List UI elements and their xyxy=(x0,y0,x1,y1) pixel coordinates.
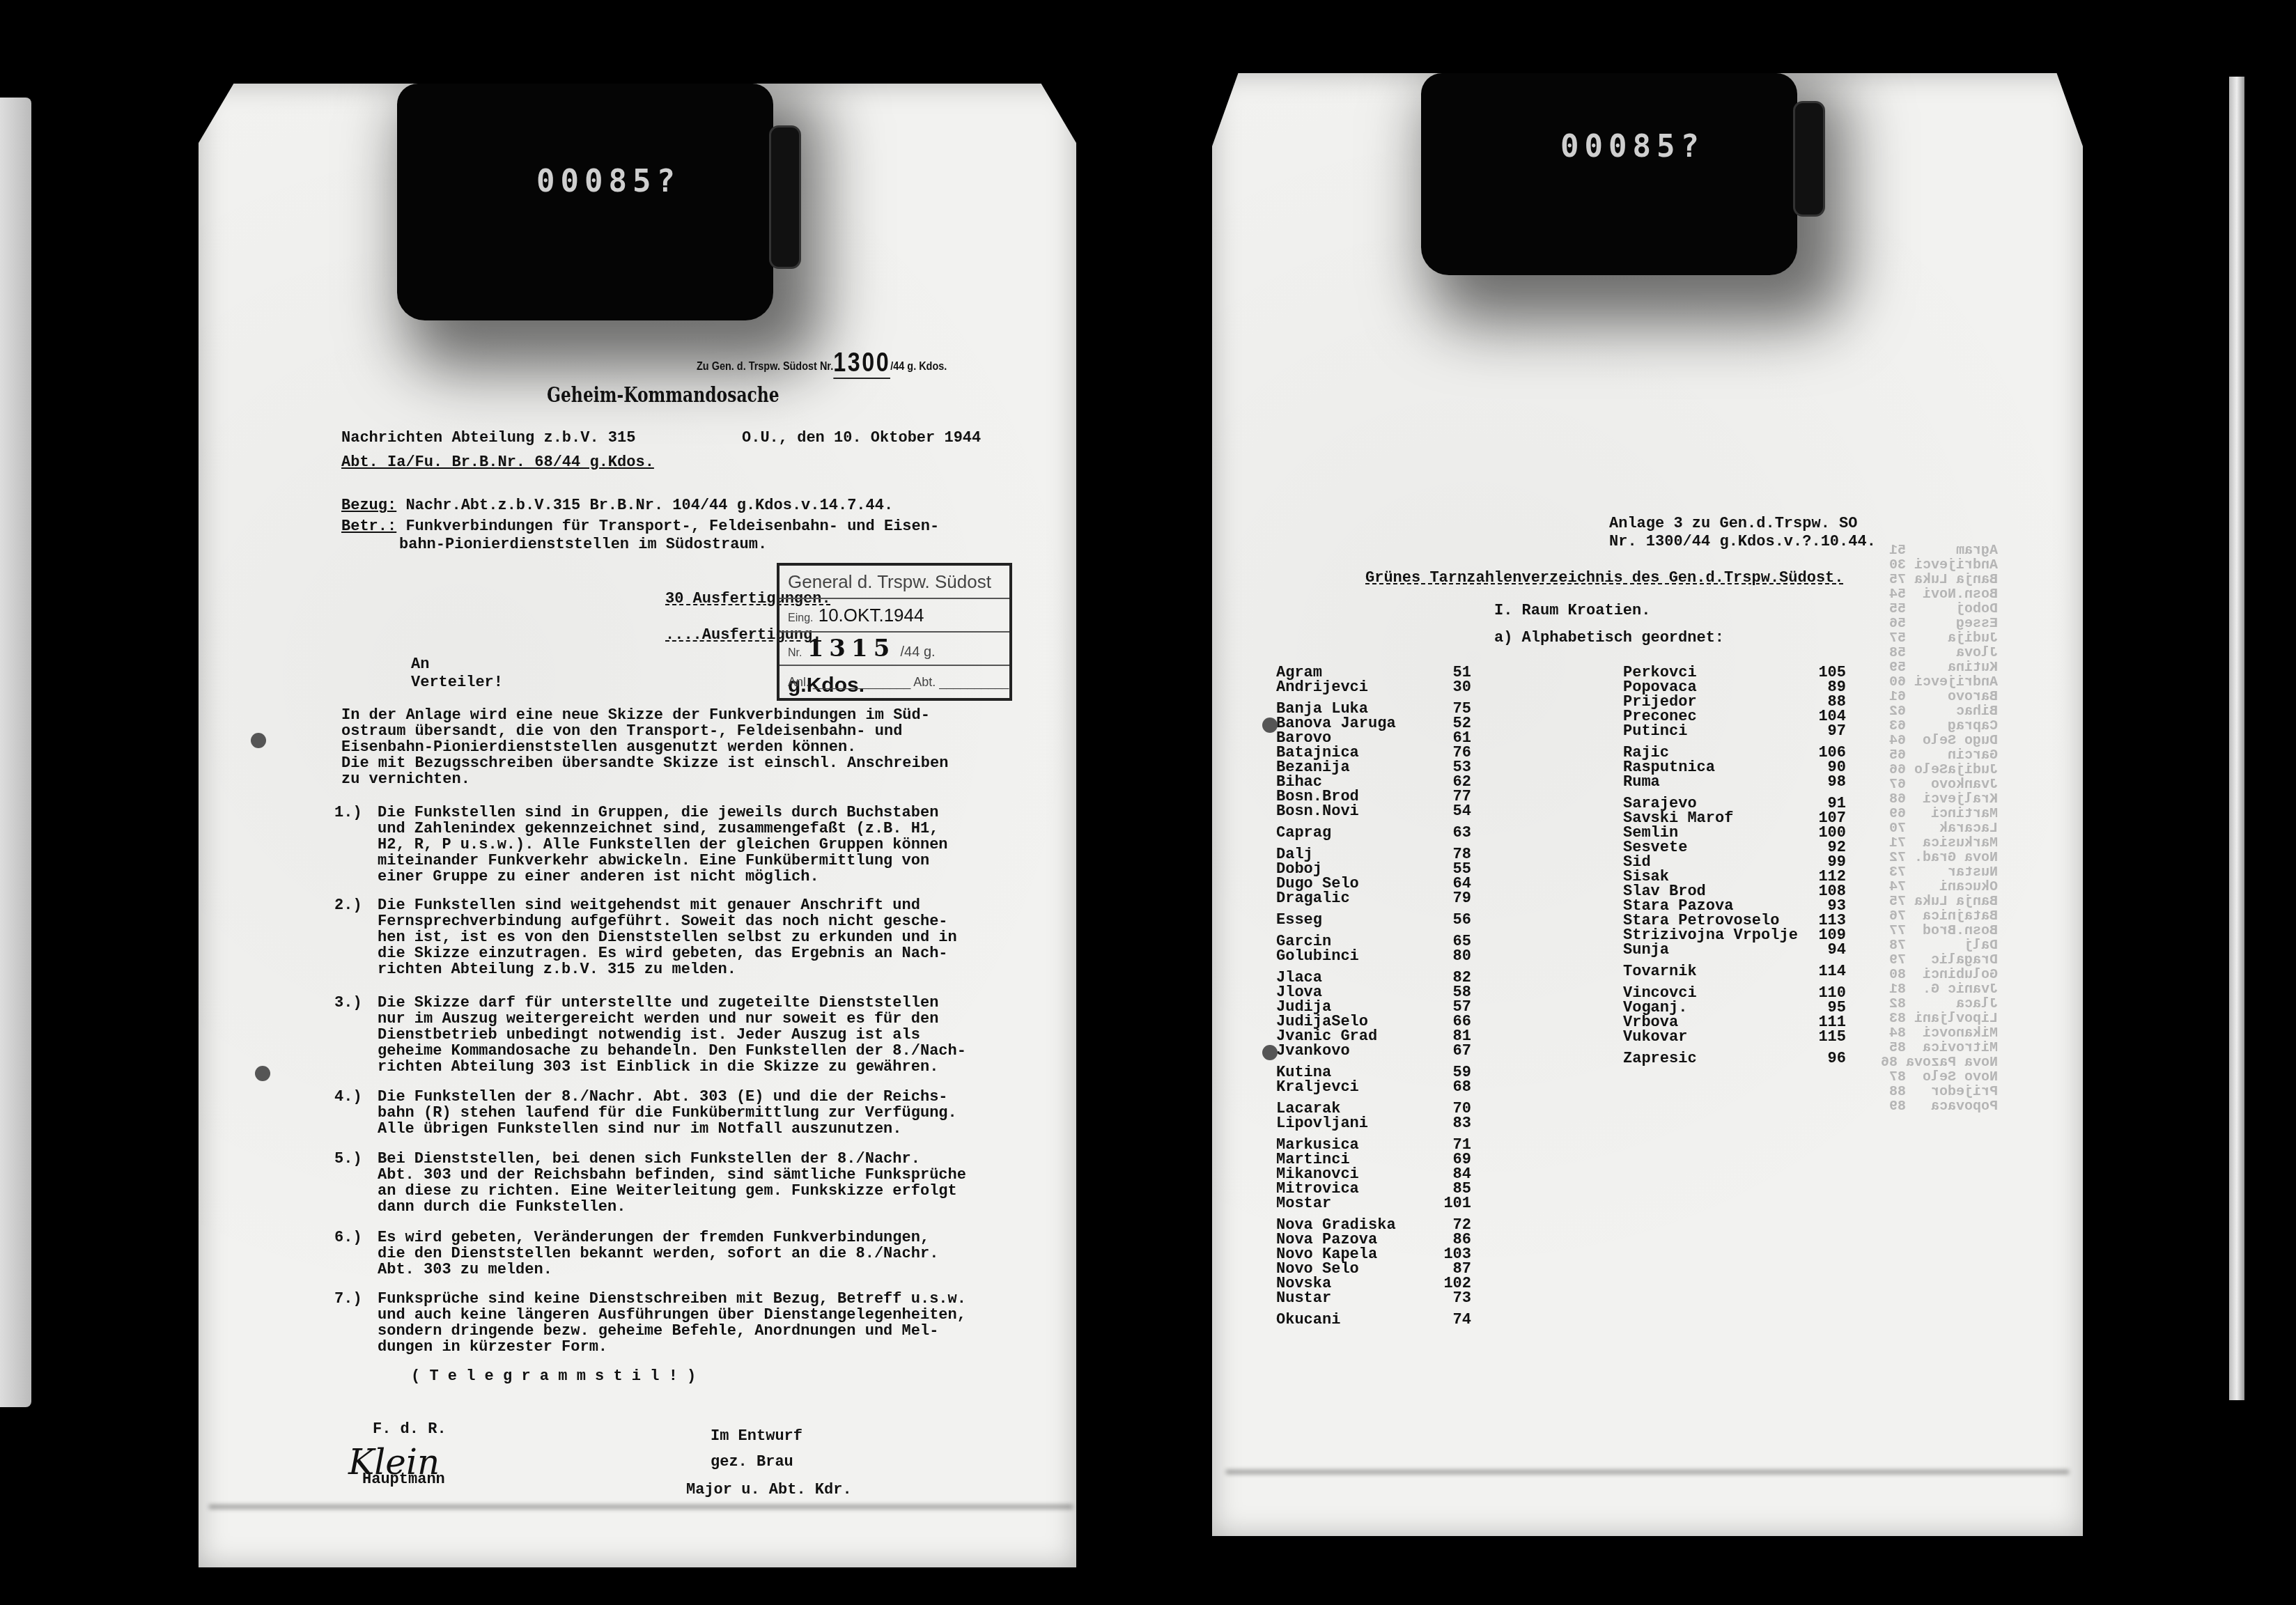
station-row: Vukovar115 xyxy=(1623,1030,1846,1044)
station-name: Prijedor xyxy=(1623,695,1804,709)
station-name: Vrbova xyxy=(1623,1015,1804,1030)
frame-counter: 00085? xyxy=(1560,129,1705,164)
station-row: Bihac62 xyxy=(1276,775,1471,789)
punch-hole-icon xyxy=(1262,718,1278,733)
station-name: Banja Luka xyxy=(1276,701,1429,716)
station-name: Stara Petrovoselo xyxy=(1623,913,1804,928)
station-row: Barovo61 xyxy=(1276,731,1471,745)
station-code: 87 xyxy=(1429,1262,1471,1276)
betr-text-1: Funkverbindungen für Transport-, Feldeis… xyxy=(405,518,939,535)
station-code: 53 xyxy=(1429,760,1471,775)
station-name: Novo Kapela xyxy=(1276,1247,1429,1262)
addressee-verteiler: Verteiler! xyxy=(411,673,503,692)
station-code: 75 xyxy=(1429,701,1471,716)
station-name: Nustar xyxy=(1276,1291,1429,1305)
sender-line-1: Nachrichten Abteilung z.b.V. 315 xyxy=(341,428,635,447)
station-code: 52 xyxy=(1429,716,1471,731)
station-code: 64 xyxy=(1429,876,1471,891)
station-code: 102 xyxy=(1429,1276,1471,1291)
station-name: Okucani xyxy=(1276,1312,1429,1327)
station-name: Barovo xyxy=(1276,731,1429,745)
addressee-an: An xyxy=(411,655,429,674)
annex-line-1: Anlage 3 zu Gen.d.Trspw. SO xyxy=(1609,514,1857,533)
bezug-row: Bezug: Nachr.Abt.z.b.V.315 Br.B.Nr. 104/… xyxy=(341,496,893,515)
stamp-received: Eing. 10.OKT.1944 xyxy=(779,599,1009,633)
station-code: 93 xyxy=(1804,899,1846,913)
station-row: Judija57 xyxy=(1276,1000,1471,1014)
station-name: Markusica xyxy=(1276,1138,1429,1152)
receipt-stamp: General d. Trspw. Südost Eing. 10.OKT.19… xyxy=(777,563,1012,701)
station-name: Novska xyxy=(1276,1276,1429,1291)
station-row: Banova Jaruga52 xyxy=(1276,716,1471,731)
betr-label: Betr.: xyxy=(341,518,396,535)
station-row: Nova Gradiska72 xyxy=(1276,1218,1471,1232)
station-name: Kraljevci xyxy=(1276,1080,1429,1094)
station-code: 83 xyxy=(1429,1116,1471,1131)
station-code: 91 xyxy=(1804,796,1846,811)
station-row: Prijedor88 xyxy=(1623,695,1846,709)
station-row: Stara Pazova93 xyxy=(1623,899,1846,913)
station-row: Tovarnik114 xyxy=(1623,964,1846,979)
station-row: Jvankovo67 xyxy=(1276,1044,1471,1058)
station-code: 69 xyxy=(1429,1152,1471,1167)
station-code: 55 xyxy=(1429,862,1471,876)
station-name: Batajnica xyxy=(1276,745,1429,760)
station-code: 80 xyxy=(1429,949,1471,963)
station-row: Banja Luka75 xyxy=(1276,701,1471,716)
station-code: 90 xyxy=(1804,760,1846,775)
station-code: 74 xyxy=(1429,1312,1471,1327)
station-name: Dugo Selo xyxy=(1276,876,1429,891)
station-row: Jvanic Grad81 xyxy=(1276,1029,1471,1044)
station-row: Sisak112 xyxy=(1623,869,1846,884)
station-name: Bihac xyxy=(1276,775,1429,789)
station-name: Jvanic Grad xyxy=(1276,1029,1429,1044)
station-code: 67 xyxy=(1429,1044,1471,1058)
stamp-number-row: Nr. 1315 /44 g. g.Kdos. xyxy=(779,633,1009,666)
betr-text-2: bahn-Pionierdienststellen im Südostraum. xyxy=(399,535,767,554)
station-row: Lacarak70 xyxy=(1276,1101,1471,1116)
station-row: Dugo Selo64 xyxy=(1276,876,1471,891)
stamp-number: 1315 xyxy=(807,635,896,662)
station-row: Savski Marof107 xyxy=(1623,811,1846,825)
betr-row: Betr.: Funkverbindungen für Transport-, … xyxy=(341,517,939,536)
item-7: 7.)Funksprüche sind keine Dienstschreibe… xyxy=(341,1291,1045,1355)
station-row: Novo Kapela103 xyxy=(1276,1247,1471,1262)
station-code: 88 xyxy=(1804,695,1846,709)
station-row: Jlaca82 xyxy=(1276,970,1471,985)
station-row: JudijaSelo66 xyxy=(1276,1014,1471,1029)
station-code: 82 xyxy=(1429,970,1471,985)
station-row: Sesvete92 xyxy=(1623,840,1846,855)
station-name: Ruma xyxy=(1623,775,1804,789)
station-row: Dragalic79 xyxy=(1276,891,1471,906)
station-code: 105 xyxy=(1804,665,1846,680)
station-code: 99 xyxy=(1804,855,1846,869)
item-6: 6.)Es wird gebeten, Veränderungen der fr… xyxy=(341,1230,1045,1278)
station-name: Bezanija xyxy=(1276,760,1429,775)
gez-brau: gez. Brau xyxy=(711,1452,793,1471)
station-name: Tovarnik xyxy=(1623,964,1804,979)
station-name: Stara Pazova xyxy=(1623,899,1804,913)
fold-line xyxy=(209,1505,1073,1509)
frame-counter: 00085? xyxy=(536,164,681,199)
station-name: Slav Brod xyxy=(1623,884,1804,899)
station-code: 63 xyxy=(1429,825,1471,840)
station-code: 58 xyxy=(1429,985,1471,1000)
station-code: 84 xyxy=(1429,1167,1471,1181)
station-name: Nova Gradiska xyxy=(1276,1218,1429,1232)
station-row: Nustar73 xyxy=(1276,1291,1471,1305)
station-code: 54 xyxy=(1429,804,1471,819)
station-name: Vincovci xyxy=(1623,986,1804,1000)
section-heading: I. Raum Kroatien. xyxy=(1494,601,1650,620)
station-row: Bosn.Novi54 xyxy=(1276,804,1471,819)
station-row: Vincovci110 xyxy=(1623,986,1846,1000)
punch-hole-icon xyxy=(251,733,266,748)
punch-hole-icon xyxy=(1262,1045,1278,1060)
station-name: Bosn.Novi xyxy=(1276,804,1429,819)
station-name: Sarajevo xyxy=(1623,796,1804,811)
station-name: Mostar xyxy=(1276,1196,1429,1211)
station-row: Sid99 xyxy=(1623,855,1846,869)
station-name: Esseg xyxy=(1276,913,1429,927)
station-name: Sid xyxy=(1623,855,1804,869)
station-name: Nova Pazova xyxy=(1276,1232,1429,1247)
station-row: Mitrovica85 xyxy=(1276,1181,1471,1196)
station-name: Judija xyxy=(1276,1000,1429,1014)
station-row: Sunja94 xyxy=(1623,943,1846,957)
station-code: 59 xyxy=(1429,1065,1471,1080)
station-name: Vukovar xyxy=(1623,1030,1804,1044)
station-row: Semlin100 xyxy=(1623,825,1846,840)
station-name: Dragalic xyxy=(1276,891,1429,906)
station-name: Golubinci xyxy=(1276,949,1429,963)
station-name: Martinci xyxy=(1276,1152,1429,1167)
station-name: Preconec xyxy=(1623,709,1804,724)
item-1: 1.)Die Funkstellen sind in Gruppen, die … xyxy=(341,805,1045,885)
station-row: Strizivojna Vrpolje109 xyxy=(1623,928,1846,943)
station-code: 77 xyxy=(1429,789,1471,804)
station-code: 100 xyxy=(1804,825,1846,840)
station-row: Agram51 xyxy=(1276,665,1471,680)
station-list-left: Agram51Andrijevci30Banja Luka75Banova Ja… xyxy=(1276,665,1471,1327)
station-code: 115 xyxy=(1804,1030,1846,1044)
station-row: Novska102 xyxy=(1276,1276,1471,1291)
station-name: Zapresic xyxy=(1623,1051,1804,1066)
counter-knob-icon xyxy=(1793,101,1825,217)
station-code: 97 xyxy=(1804,724,1846,738)
station-row: Mikanovci84 xyxy=(1276,1167,1471,1181)
frame-counter-device: 00085? xyxy=(1421,73,1797,275)
station-row: Rajic106 xyxy=(1623,745,1846,760)
station-name: Jlaca xyxy=(1276,970,1429,985)
item-2: 2.)Die Funkstellen sind weitgehendst mit… xyxy=(341,897,1045,977)
reference-number: 1300 xyxy=(833,348,890,379)
station-code: 30 xyxy=(1429,680,1471,695)
station-name: Sisak xyxy=(1623,869,1804,884)
adjacent-frame-right xyxy=(2229,77,2244,1400)
station-row: Bosn.Brod77 xyxy=(1276,789,1471,804)
station-name: Rasputnica xyxy=(1623,760,1804,775)
station-code: 68 xyxy=(1429,1080,1471,1094)
stamp-date: 10.OKT.1944 xyxy=(819,605,924,626)
station-row: Novo Selo87 xyxy=(1276,1262,1471,1276)
station-code: 94 xyxy=(1804,943,1846,957)
station-row: Sarajevo91 xyxy=(1623,796,1846,811)
station-code: 98 xyxy=(1804,775,1846,789)
fdr-label: F. d. R. xyxy=(373,1420,447,1439)
im-entwurf: Im Entwurf xyxy=(711,1427,802,1445)
station-row: Nova Pazova86 xyxy=(1276,1232,1471,1247)
station-row: Vrbova111 xyxy=(1623,1015,1846,1030)
station-code: 101 xyxy=(1429,1196,1471,1211)
station-row: Doboj55 xyxy=(1276,862,1471,876)
station-name: Lacarak xyxy=(1276,1101,1429,1116)
station-code: 89 xyxy=(1804,680,1846,695)
station-code: 107 xyxy=(1804,811,1846,825)
station-row: Bezanija53 xyxy=(1276,760,1471,775)
station-code: 62 xyxy=(1429,775,1471,789)
station-code: 73 xyxy=(1429,1291,1471,1305)
station-code: 66 xyxy=(1429,1014,1471,1029)
annex-line-2: Nr. 1300/44 g.Kdos.v.?.10.44. xyxy=(1609,532,1876,551)
station-code: 86 xyxy=(1429,1232,1471,1247)
subsection-heading: a) Alphabetisch geordnet: xyxy=(1494,628,1724,647)
station-row: Slav Brod108 xyxy=(1623,884,1846,899)
station-code: 71 xyxy=(1429,1138,1471,1152)
reference-header: Zu Gen. d. Trspw. Südost Nr.1300/44 g. K… xyxy=(697,348,947,378)
rank-hauptmann: Hauptmann xyxy=(362,1470,445,1489)
station-name: Dalj xyxy=(1276,847,1429,862)
station-row: Garcin65 xyxy=(1276,934,1471,949)
item-5: 5.)Bei Dienststellen, bei denen sich Fun… xyxy=(341,1151,1045,1215)
station-name: Savski Marof xyxy=(1623,811,1804,825)
station-code: 70 xyxy=(1429,1101,1471,1116)
station-name: Novo Selo xyxy=(1276,1262,1429,1276)
station-name: Mikanovci xyxy=(1276,1167,1429,1181)
station-name: Perkovci xyxy=(1623,665,1804,680)
station-code: 85 xyxy=(1429,1181,1471,1196)
station-name: Jvankovo xyxy=(1276,1044,1429,1058)
station-code: 109 xyxy=(1804,928,1846,943)
station-name: Bosn.Brod xyxy=(1276,789,1429,804)
station-code: 57 xyxy=(1429,1000,1471,1014)
station-row: Caprag63 xyxy=(1276,825,1471,840)
station-name: Putinci xyxy=(1623,724,1804,738)
station-code: 108 xyxy=(1804,884,1846,899)
station-code: 110 xyxy=(1804,986,1846,1000)
stamp-anl-abt: Anl. ______________ Abt. __________ xyxy=(779,666,1009,698)
station-row: Kraljevci68 xyxy=(1276,1080,1471,1094)
station-row: Ruma98 xyxy=(1623,775,1846,789)
station-row: Putinci97 xyxy=(1623,724,1846,738)
station-code: 79 xyxy=(1429,891,1471,906)
station-name: Jlova xyxy=(1276,985,1429,1000)
station-row: Markusica71 xyxy=(1276,1138,1471,1152)
station-code: 95 xyxy=(1804,1000,1846,1015)
frame-counter-device: 00085? xyxy=(397,84,773,320)
bezug-text: Nachr.Abt.z.b.V.315 Br.B.Nr. 104/44 g.Kd… xyxy=(405,497,893,514)
station-name: Banova Jaruga xyxy=(1276,716,1429,731)
station-code: 92 xyxy=(1804,840,1846,855)
station-name: Rajic xyxy=(1623,745,1804,760)
station-row: Mostar101 xyxy=(1276,1196,1471,1211)
station-code: 113 xyxy=(1804,913,1846,928)
station-code: 78 xyxy=(1429,847,1471,862)
station-row: Voganj.95 xyxy=(1623,1000,1846,1015)
station-code: 104 xyxy=(1804,709,1846,724)
intro-paragraph: In der Anlage wird eine neue Skizze der … xyxy=(341,707,1045,787)
station-row: Jlova58 xyxy=(1276,985,1471,1000)
station-name: Mitrovica xyxy=(1276,1181,1429,1196)
station-row: Okucani74 xyxy=(1276,1312,1471,1327)
sender-line-2: Abt. Ia/Fu. Br.B.Nr. 68/44 g.Kdos. xyxy=(341,453,654,472)
station-name: Agram xyxy=(1276,665,1429,680)
station-row: Lipovljani83 xyxy=(1276,1116,1471,1131)
list-title: Grünes Tarnzahlenverzeichnis des Gen.d.T… xyxy=(1365,568,1844,587)
station-row: Golubinci80 xyxy=(1276,949,1471,963)
punch-hole-icon xyxy=(255,1066,270,1081)
station-name: Sunja xyxy=(1623,943,1804,957)
station-name: Kutina xyxy=(1276,1065,1429,1080)
station-name: Caprag xyxy=(1276,825,1429,840)
station-code: 96 xyxy=(1804,1051,1846,1066)
station-name: Garcin xyxy=(1276,934,1429,949)
station-name: JudijaSelo xyxy=(1276,1014,1429,1029)
bleed-through-text: Agram 51 Andrijevci 30 Banja Luka 75 Bos… xyxy=(1881,543,1998,1114)
item-4: 4.)Die Funkstellen der 8./Nachr. Abt. 30… xyxy=(341,1089,1045,1137)
station-row: Stara Petrovoselo113 xyxy=(1623,913,1846,928)
station-row: Preconec104 xyxy=(1623,709,1846,724)
place-date: O.U., den 10. Oktober 1944 xyxy=(742,428,981,447)
station-list-right: Perkovci105Popovaca89Prijedor88Preconec1… xyxy=(1623,665,1846,1066)
counter-knob-icon xyxy=(769,125,801,269)
fold-line xyxy=(1226,1470,2069,1474)
station-code: 114 xyxy=(1804,964,1846,979)
station-row: Esseg56 xyxy=(1276,913,1471,927)
station-row: Popovaca89 xyxy=(1623,680,1846,695)
major-kdr: Major u. Abt. Kdr. xyxy=(686,1480,852,1499)
bezug-label: Bezug: xyxy=(341,497,396,514)
station-row: Zapresic96 xyxy=(1623,1051,1846,1066)
item-3: 3.)Die Skizze darf für unterstellte und … xyxy=(341,995,1045,1075)
station-code: 51 xyxy=(1429,665,1471,680)
station-code: 106 xyxy=(1804,745,1846,760)
stamp-office: General d. Trspw. Südost xyxy=(779,566,1009,599)
station-name: Sesvete xyxy=(1623,840,1804,855)
classification-label: Geheim-Kommandosache xyxy=(547,383,779,408)
station-row: Martinci69 xyxy=(1276,1152,1471,1167)
station-name: Voganj. xyxy=(1623,1000,1804,1015)
station-name: Strizivojna Vrpolje xyxy=(1623,928,1804,943)
station-row: Dalj78 xyxy=(1276,847,1471,862)
station-name: Doboj xyxy=(1276,862,1429,876)
station-code: 111 xyxy=(1804,1015,1846,1030)
station-code: 65 xyxy=(1429,934,1471,949)
station-code: 61 xyxy=(1429,731,1471,745)
adjacent-frame-left xyxy=(0,98,31,1407)
station-row: Batajnica76 xyxy=(1276,745,1471,760)
telegram-note: ( T e l e g r a m m s t i l ! ) xyxy=(411,1367,696,1386)
station-name: Lipovljani xyxy=(1276,1116,1429,1131)
station-code: 72 xyxy=(1429,1218,1471,1232)
station-row: Rasputnica90 xyxy=(1623,760,1846,775)
station-code: 76 xyxy=(1429,745,1471,760)
station-row: Kutina59 xyxy=(1276,1065,1471,1080)
station-code: 103 xyxy=(1429,1247,1471,1262)
station-row: Perkovci105 xyxy=(1623,665,1846,680)
station-code: 56 xyxy=(1429,913,1471,927)
station-code: 112 xyxy=(1804,869,1846,884)
station-name: Andrijevci xyxy=(1276,680,1429,695)
station-name: Semlin xyxy=(1623,825,1804,840)
station-row: Andrijevci30 xyxy=(1276,680,1471,695)
station-name: Popovaca xyxy=(1623,680,1804,695)
station-code: 81 xyxy=(1429,1029,1471,1044)
